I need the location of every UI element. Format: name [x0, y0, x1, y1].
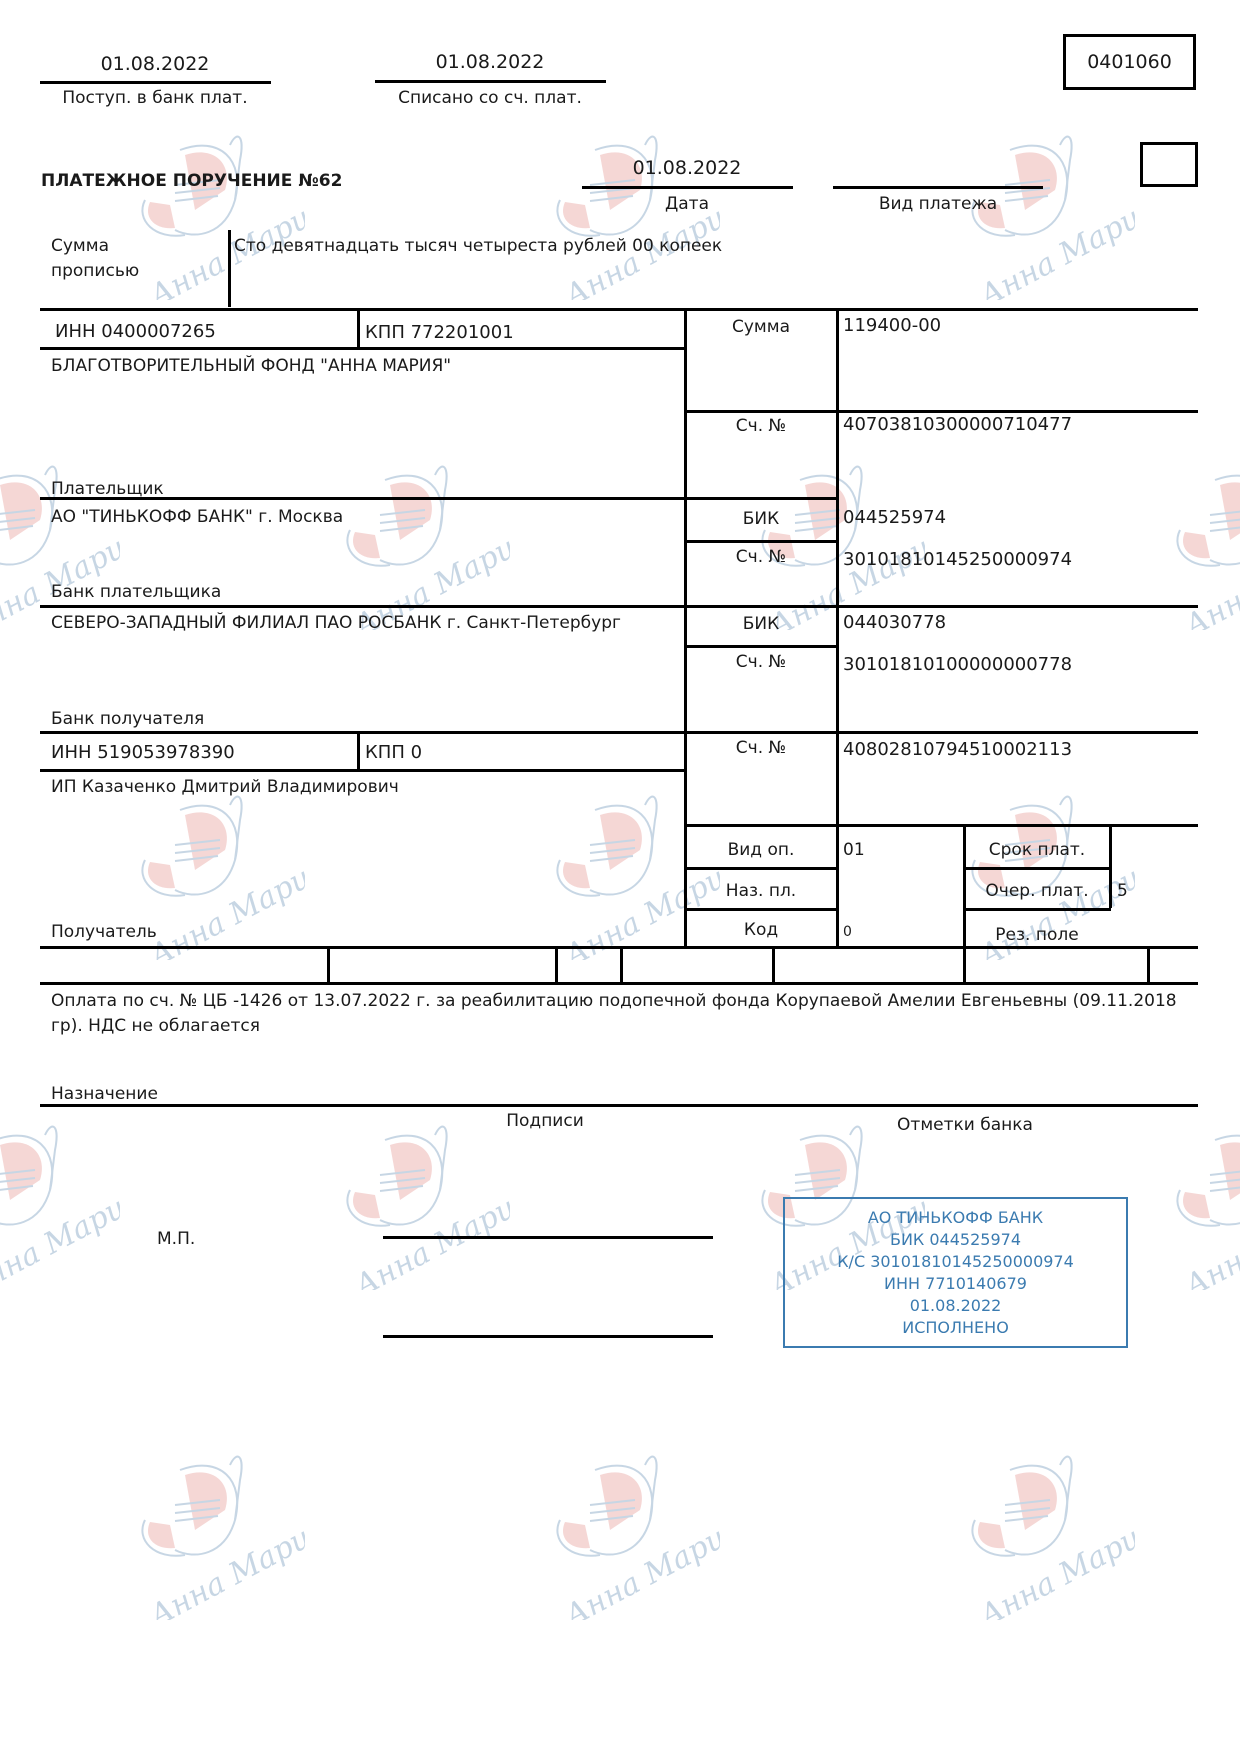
payer-account-value: 40703810300000710477 — [843, 415, 1072, 435]
priority-label: Очер. плат. — [966, 881, 1108, 901]
payer-bank-label: Банк плательщика — [51, 582, 221, 602]
payer-bik-value: 044525974 — [843, 508, 946, 528]
stamp-line-1: АО ТИНЬКОФФ БАНК — [785, 1207, 1126, 1229]
signatures-label: Подписи — [460, 1111, 630, 1131]
order-date: 01.08.2022 — [582, 158, 792, 178]
priority-value: 5 — [1117, 881, 1128, 901]
stamp-line-4: ИНН 7710140679 — [785, 1273, 1126, 1295]
op-type-value: 01 — [843, 840, 865, 860]
received-label: Поступ. в банк плат. — [40, 88, 270, 108]
watermark-logo — [955, 130, 1135, 300]
code-value: 0 — [843, 922, 852, 942]
payee-kpp: КПП 0 — [365, 743, 422, 763]
watermark-logo — [540, 130, 720, 300]
signature-line-1 — [383, 1236, 713, 1239]
payer-bank-name: АО "ТИНЬКОФФ БАНК" г. Москва — [51, 507, 343, 527]
purpose-label: Назначение — [51, 1084, 158, 1104]
code-label: Код — [687, 920, 835, 940]
payer-bank-account-label: Сч. № — [687, 547, 835, 567]
payee-bank-name: СЕВЕРО-ЗАПАДНЫЙ ФИЛИАЛ ПАО РОСБАНК г. Са… — [51, 613, 621, 633]
stamp-line-2: БИК 044525974 — [785, 1229, 1126, 1251]
purpose-line-2: гр). НДС не облагается — [51, 1016, 260, 1036]
payer-bik-label: БИК — [687, 509, 835, 529]
payer-name: БЛАГОТВОРИТЕЛЬНЫЙ ФОНД "АННА МАРИЯ" — [51, 356, 451, 376]
form-code-box: 0401060 — [1063, 34, 1196, 90]
watermark-logo — [1160, 1120, 1240, 1290]
signature-line-2 — [383, 1335, 713, 1338]
payer-inn: ИНН 0400007265 — [55, 322, 216, 342]
payee-bank-label: Банк получателя — [51, 709, 204, 729]
purpose-code-label: Наз. пл. — [687, 881, 835, 901]
payee-account-label: Сч. № — [687, 738, 835, 758]
bank-marks-label: Отметки банка — [870, 1115, 1060, 1135]
stamp-place: М.П. — [157, 1229, 195, 1249]
payer-account-label: Сч. № — [687, 416, 835, 436]
watermark-logo — [330, 1120, 510, 1290]
stamp-line-6: ИСПОЛНЕНО — [785, 1317, 1126, 1339]
page-title: ПЛАТЕЖНОЕ ПОРУЧЕНИЕ №62 — [41, 171, 342, 191]
payee-account-value: 40802810794510002113 — [843, 740, 1072, 760]
received-date: 01.08.2022 — [40, 54, 270, 74]
watermark-logo — [125, 130, 305, 300]
purpose-line-1: Оплата по сч. № ЦБ -1426 от 13.07.2022 г… — [51, 991, 1177, 1011]
amount-words-value: Сто девятнадцать тысяч четыреста рублей … — [234, 236, 722, 256]
amount-label: Сумма — [687, 317, 835, 337]
payee-bank-account-label: Сч. № — [687, 652, 835, 672]
watermark-logo — [955, 1450, 1135, 1620]
stamp-line-5: 01.08.2022 — [785, 1295, 1126, 1317]
amount-words-label-1: Сумма — [51, 236, 109, 256]
debited-date: 01.08.2022 — [375, 52, 605, 72]
watermark-logo — [0, 1120, 120, 1290]
due-label: Срок плат. — [966, 840, 1108, 860]
bank-stamp: АО ТИНЬКОФФ БАНК БИК 044525974 К/С 30101… — [783, 1197, 1128, 1348]
payer-label: Плательщик — [51, 479, 164, 499]
payee-inn: ИНН 519053978390 — [51, 743, 235, 763]
watermark-logo — [540, 1450, 720, 1620]
stamp-line-3: К/С 30101810145250000974 — [785, 1251, 1126, 1273]
payer-bank-account-value: 30101810145250000974 — [843, 550, 1072, 570]
amount-words-label-2: прописью — [51, 261, 139, 281]
payee-bank-account-value: 30101810100000000778 — [843, 655, 1072, 675]
payment-type-label: Вид платежа — [833, 194, 1043, 214]
watermark-logo — [125, 1450, 305, 1620]
payment-type-box — [1140, 142, 1198, 187]
date-label: Дата — [582, 194, 792, 214]
payee-name: ИП Казаченко Дмитрий Владимирович — [51, 777, 399, 797]
payee-bik-label: БИК — [687, 614, 835, 634]
debited-label: Списано со сч. плат. — [375, 88, 605, 108]
amount-value: 119400-00 — [843, 316, 941, 336]
payee-bik-value: 044030778 — [843, 613, 946, 633]
payer-kpp: КПП 772201001 — [365, 323, 514, 343]
reserve-label: Рез. поле — [966, 925, 1108, 945]
payee-label: Получатель — [51, 922, 157, 942]
op-type-label: Вид оп. — [687, 840, 835, 860]
